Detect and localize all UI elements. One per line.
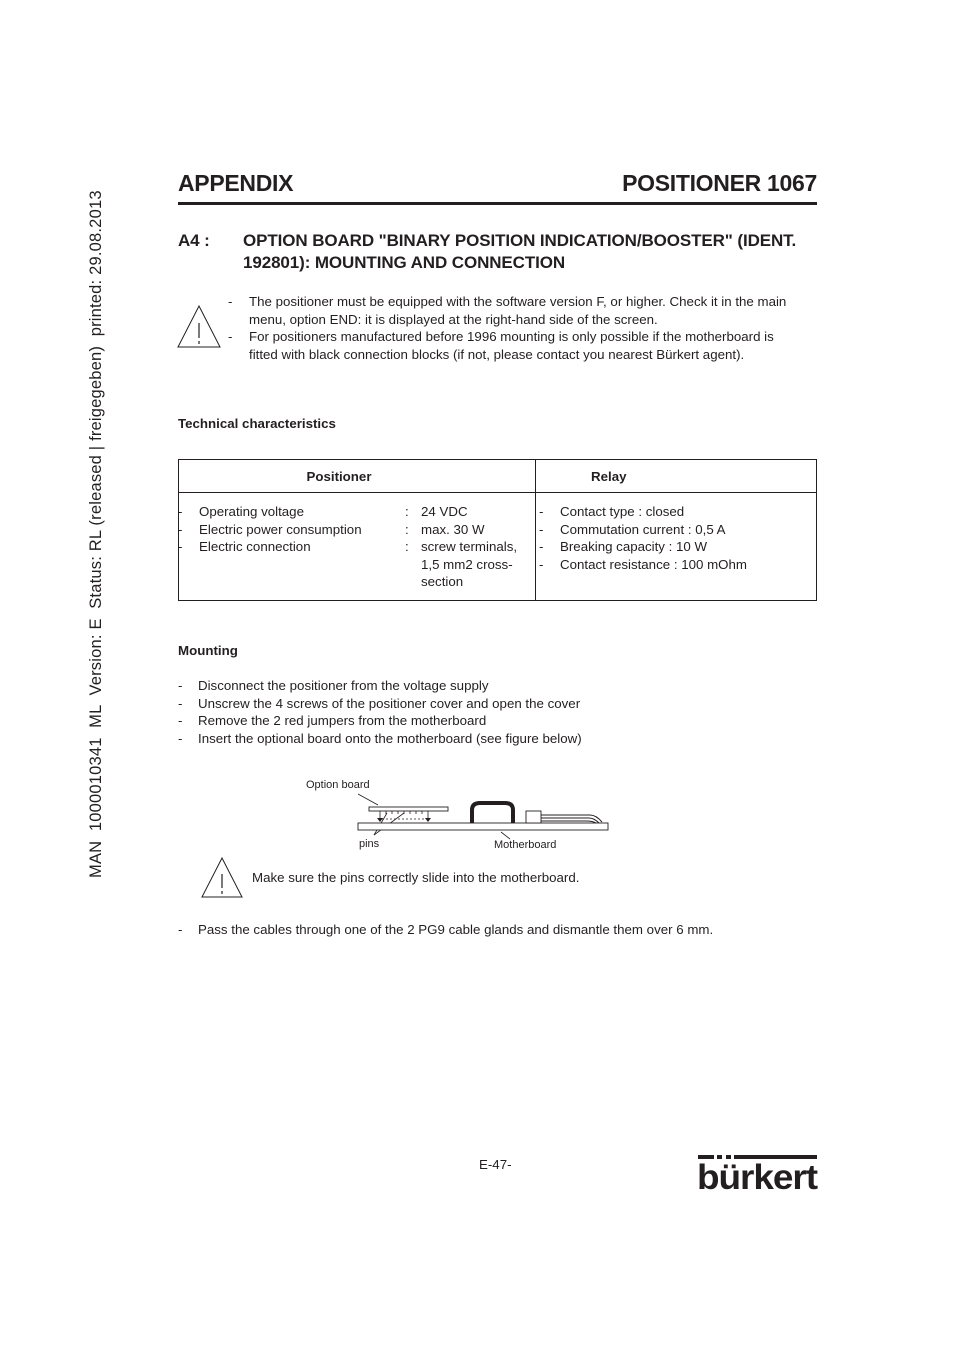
spec-label: Electric power consumption xyxy=(199,521,362,539)
spec-value: max. 30 W xyxy=(421,521,531,539)
spec-label: Operating voltage xyxy=(199,503,304,521)
mounting-steps: - Disconnect the positioner from the vol… xyxy=(178,677,818,748)
spec-row: - Electric connection : screw terminals,… xyxy=(179,538,535,556)
bullet-dash: - xyxy=(539,521,543,539)
step-text: Unscrew the 4 screws of the positioner c… xyxy=(198,696,580,711)
burkert-logo: bürkert xyxy=(697,1155,818,1191)
mounting-step: - Unscrew the 4 screws of the positioner… xyxy=(178,695,818,713)
header-positioner: Positioner xyxy=(179,460,536,493)
warning-note: - The positioner must be equipped with t… xyxy=(228,293,798,328)
section-heading: OPTION BOARD "BINARY POSITION INDICATION… xyxy=(243,230,813,274)
mounting-step: - Remove the 2 red jumpers from the moth… xyxy=(178,712,818,730)
step-text: Insert the optional board onto the mothe… xyxy=(198,731,582,746)
relay-text: Commutation current : 0,5 A xyxy=(560,522,726,537)
step-text: Pass the cables through one of the 2 PG9… xyxy=(198,922,713,937)
page-number: E-47- xyxy=(479,1157,512,1172)
logo-graphic: bürkert xyxy=(697,1155,818,1191)
bullet-dash: - xyxy=(178,677,182,695)
relay-spec: - Breaking capacity : 10 W xyxy=(539,538,816,556)
bullet-dash: - xyxy=(178,695,182,713)
technical-table: Positioner Relay - Operating voltage : 2… xyxy=(178,459,817,601)
mounting-step: - Pass the cables through one of the 2 P… xyxy=(178,922,818,937)
positioner-cell: - Operating voltage : 24 VDC - Electric … xyxy=(179,493,536,601)
bullet-dash: - xyxy=(178,712,182,730)
note-text: For positioners manufactured before 1996… xyxy=(249,329,774,362)
spec-colon: : xyxy=(405,521,409,539)
header-rule xyxy=(178,202,817,205)
bullet-dash: - xyxy=(178,521,182,539)
bullet-dash: - xyxy=(178,503,182,521)
final-step: - Pass the cables through one of the 2 P… xyxy=(178,922,818,937)
header-text: Relay xyxy=(536,469,626,484)
caution-text: Make sure the pins correctly slide into … xyxy=(252,870,579,885)
bullet-dash: - xyxy=(539,503,543,521)
bullet-dash: - xyxy=(178,922,182,937)
caution-icon xyxy=(201,857,243,898)
step-text: Disconnect the positioner from the volta… xyxy=(198,678,488,693)
board-diagram xyxy=(300,775,620,855)
spec-label: Electric connection xyxy=(199,538,311,556)
document-status-note: MAN 1000010341 ML Version: E Status: RL … xyxy=(87,190,106,878)
bullet-dash: - xyxy=(228,293,232,311)
relay-text: Breaking capacity : 10 W xyxy=(560,539,707,554)
mounting-figure: Option board pins Motherboard xyxy=(300,775,620,855)
relay-spec: - Contact resistance : 100 mOhm xyxy=(539,556,816,574)
spec-colon: : xyxy=(405,503,409,521)
header-text: Positioner xyxy=(306,469,371,484)
bullet-dash: - xyxy=(228,328,232,346)
logo-text: bürkert xyxy=(697,1158,818,1191)
header-section-title: APPENDIX xyxy=(178,170,293,197)
spec-row: - Operating voltage : 24 VDC xyxy=(179,503,535,521)
mounting-step: - Insert the optional board onto the mot… xyxy=(178,730,818,748)
spec-value: 24 VDC xyxy=(421,503,531,521)
bullet-dash: - xyxy=(539,556,543,574)
relay-text: Contact type : closed xyxy=(560,504,684,519)
mounting-step: - Disconnect the positioner from the vol… xyxy=(178,677,818,695)
bullet-dash: - xyxy=(178,730,182,748)
spec-value: screw terminals, 1,5 mm2 cross-section xyxy=(421,538,531,591)
bullet-dash: - xyxy=(178,538,182,556)
page-header: APPENDIX POSITIONER 1067 xyxy=(178,170,817,197)
step-text: Remove the 2 red jumpers from the mother… xyxy=(198,713,486,728)
header-relay: Relay xyxy=(536,460,817,493)
relay-spec: - Contact type : closed xyxy=(539,503,816,521)
bullet-dash: - xyxy=(539,538,543,556)
spec-colon: : xyxy=(405,538,409,556)
warning-notes: - The positioner must be equipped with t… xyxy=(228,293,798,363)
relay-text: Contact resistance : 100 mOhm xyxy=(560,557,747,572)
relay-spec: - Commutation current : 0,5 A xyxy=(539,521,816,539)
relay-cell: - Contact type : closed - Commutation cu… xyxy=(536,493,817,601)
section-number: A4 : xyxy=(178,230,210,252)
warning-note: - For positioners manufactured before 19… xyxy=(228,328,798,363)
header-product-title: POSITIONER 1067 xyxy=(622,170,817,197)
warning-icon xyxy=(177,305,221,348)
mounting-heading: Mounting xyxy=(178,643,238,658)
spec-row: - Electric power consumption : max. 30 W xyxy=(179,521,535,539)
note-text: The positioner must be equipped with the… xyxy=(249,294,786,327)
technical-heading: Technical characteristics xyxy=(178,416,336,431)
